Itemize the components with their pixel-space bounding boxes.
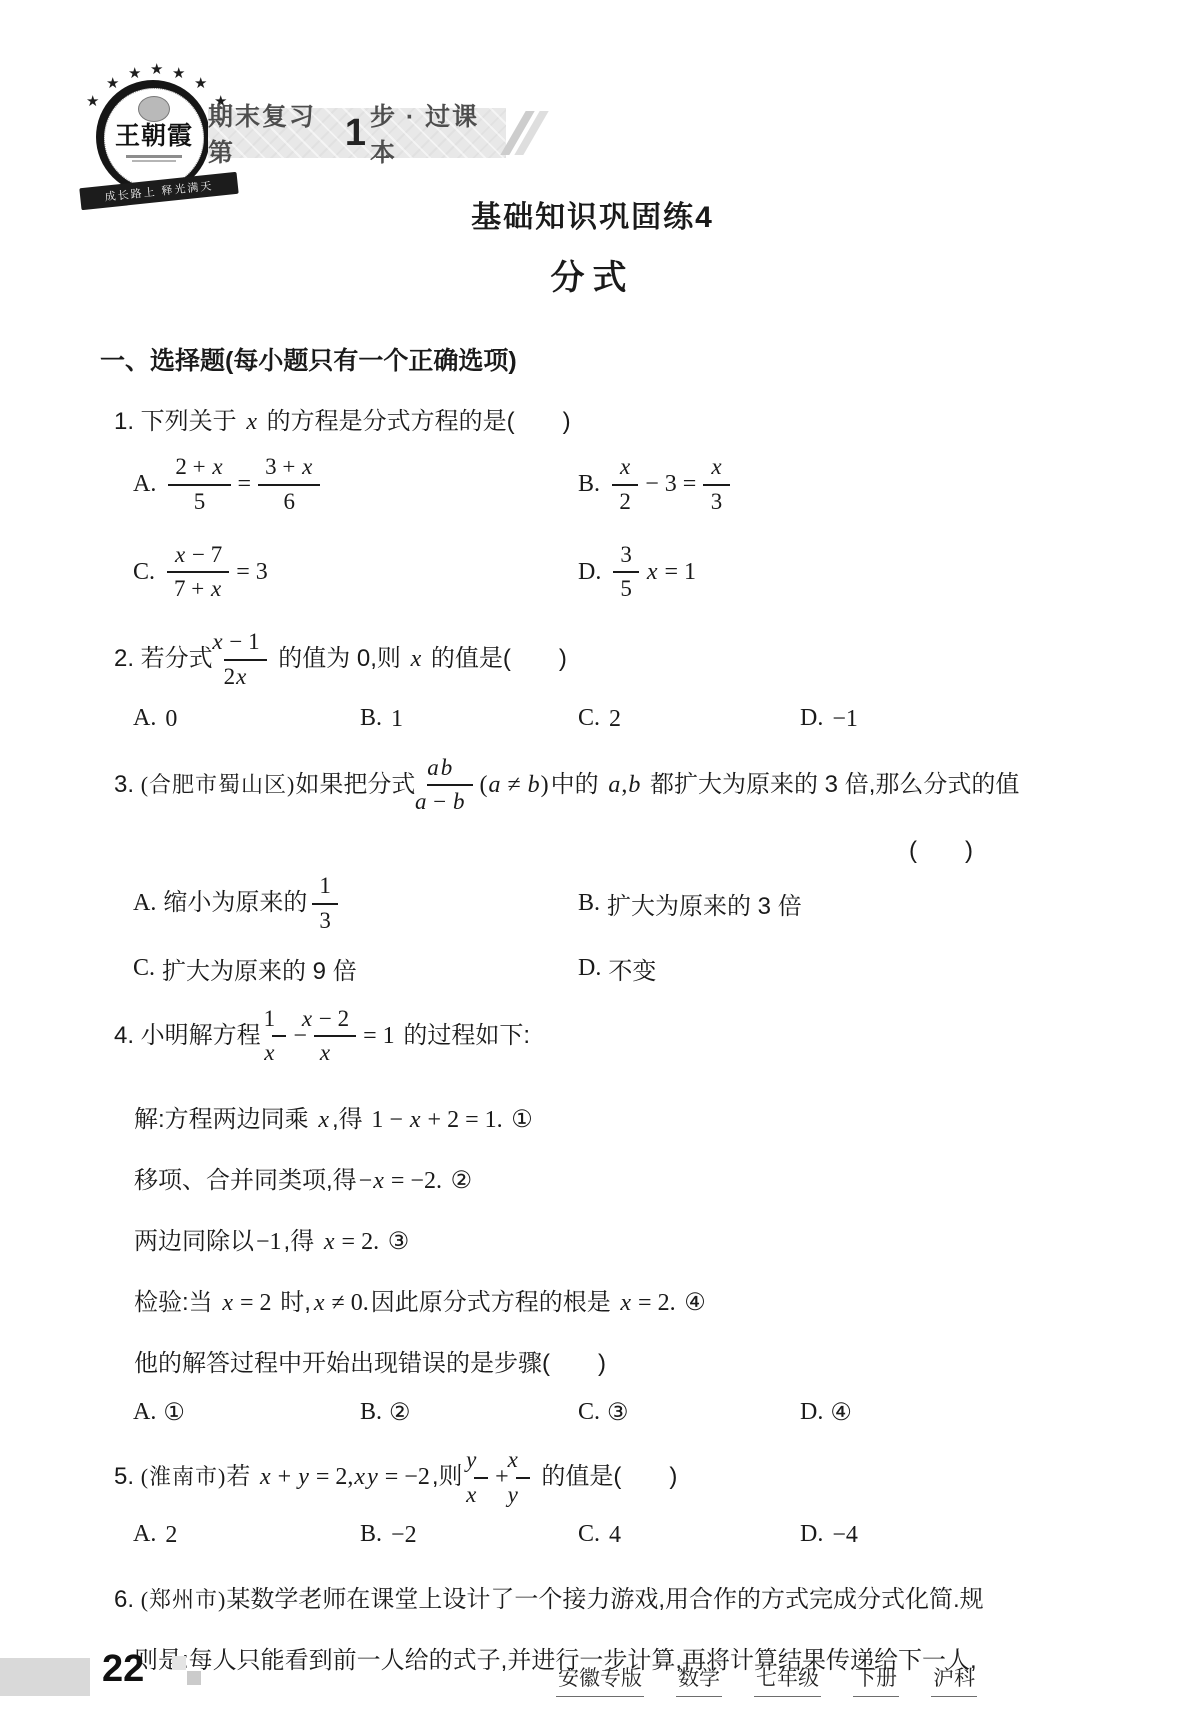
option-label: D.	[578, 559, 601, 586]
brand-name: 王朝霞	[105, 123, 203, 151]
answer-parentheses: ( )	[100, 830, 1085, 865]
footer-square-decor	[172, 1656, 186, 1670]
option-label: D.	[800, 1399, 823, 1426]
option-body: 1	[389, 705, 405, 733]
option-label: A.	[133, 471, 156, 498]
solution-step-1: 解:方程两边同乘 x,得 1 − x + 2 = 1. ①	[100, 1099, 1085, 1134]
question-prompt: 他的解答过程中开始出现错误的是步骤( )	[100, 1343, 1085, 1378]
option-d: D.−4	[800, 1521, 1085, 1549]
page-title: 基础知识巩固练4	[100, 192, 1085, 236]
option-label: B.	[578, 471, 600, 498]
page-content: 基础知识巩固练4 分式 一、选择题(每小题只有一个正确选项) 1. 下列关于 x…	[100, 192, 1085, 1675]
option-b: B.x2− 3 =x3	[578, 448, 1085, 522]
option-body: 0	[163, 705, 179, 733]
option-body: −4	[830, 1521, 860, 1549]
option-label: C.	[578, 1521, 600, 1548]
page-number: 22	[102, 1648, 144, 1691]
option-label: A.	[133, 705, 156, 732]
star-icon: ★	[194, 76, 207, 91]
option-b: B.−2	[360, 1521, 578, 1549]
option-body: ④	[830, 1398, 852, 1427]
option-d: D.35x = 1	[578, 536, 1085, 610]
option-body: ①	[163, 1398, 185, 1427]
option-label: C.	[133, 955, 155, 982]
star-icon: ★	[128, 66, 141, 81]
option-grid: A.缩小为原来的13 B.扩大为原来的 3 倍 C.扩大为原来的 9 倍 D.不…	[100, 867, 1085, 986]
option-d: D.不变	[578, 951, 1085, 986]
option-d: D.④	[800, 1398, 1085, 1427]
question-1: 1. 下列关于 x 的方程是分式方程的是( ) A.2 + x5=3 + x6 …	[100, 401, 1085, 609]
option-b: B.扩大为原来的 3 倍	[578, 886, 1085, 921]
option-body: 缩小为原来的13	[163, 867, 343, 941]
option-c: C.2	[578, 705, 800, 733]
option-grid: A.2 B.−2 C.4 D.−4	[100, 1521, 1085, 1549]
option-c: C.4	[578, 1521, 800, 1549]
option-a: A.2 + x5=3 + x6	[133, 448, 578, 522]
star-icon: ★	[172, 66, 185, 81]
logo-decor-line	[126, 155, 182, 158]
solution-step-3: 两边同除以−1,得 x = 2. ③	[100, 1221, 1085, 1256]
footer-square-decor	[187, 1671, 201, 1685]
option-label: D.	[578, 955, 601, 982]
question-stem: 5. (淮南市)若 x + y = 2,xy = −2,则 yx+xy 的值是(…	[100, 1441, 1085, 1515]
option-c: C.扩大为原来的 9 倍	[133, 951, 578, 986]
solution-step-4: 检验:当 x = 2 时,x ≠ 0.因此原分式方程的根是 x = 2. ④	[100, 1282, 1085, 1317]
option-label: B.	[578, 890, 600, 917]
option-label: C.	[133, 559, 155, 586]
option-label: B.	[360, 705, 382, 732]
option-body: 扩大为原来的 3 倍	[607, 886, 802, 921]
logo-decor-line	[132, 160, 176, 162]
option-label: A.	[133, 890, 156, 917]
option-label: A.	[133, 1521, 156, 1548]
question-3: 3. (合肥市蜀山区)如果把分式 aba − b(a ≠ b)中的 a,b 都扩…	[100, 749, 1085, 986]
option-body: 2	[163, 1521, 179, 1549]
question-stem: 2. 若分式 x − 12x 的值为 0,则 x 的值是( )	[100, 623, 1085, 697]
footer-publisher: 沪科	[931, 1662, 977, 1697]
banner-step-number: 1	[345, 114, 368, 152]
option-body: 不变	[608, 951, 656, 986]
footer-volume: 下册	[853, 1662, 899, 1697]
banner-text-before: 期末复习第	[208, 97, 343, 169]
star-icon: ★	[86, 94, 99, 109]
option-body: x − 77 + x= 3	[162, 536, 270, 610]
star-icon: ★	[150, 62, 163, 77]
page-subtitle: 分式	[100, 250, 1085, 299]
option-body: x2− 3 =x3	[607, 448, 735, 522]
option-label: D.	[800, 705, 823, 732]
option-body: −2	[389, 1521, 419, 1549]
series-banner: 期末复习第1步 · 过课本	[208, 108, 506, 158]
option-grid: A.0 B.1 C.2 D.−1	[100, 705, 1085, 733]
option-body: −1	[830, 705, 860, 733]
question-stem: 4. 小明解方程 1x−x − 2x= 1 的过程如下:	[100, 1000, 1085, 1074]
solution-step-2: 移项、合并同类项,得−x = −2. ②	[100, 1160, 1085, 1195]
option-a: A.缩小为原来的13	[133, 867, 578, 941]
option-label: B.	[360, 1399, 382, 1426]
option-a: A.2	[133, 1521, 360, 1549]
option-body: 35x = 1	[608, 536, 698, 610]
footer-subject: 数学	[676, 1662, 722, 1697]
footer-edition: 安徽专版	[556, 1662, 644, 1697]
question-stem: 1. 下列关于 x 的方程是分式方程的是( )	[100, 401, 1085, 436]
star-icon: ★	[106, 76, 119, 91]
option-label: A.	[133, 1399, 156, 1426]
option-a: A.0	[133, 705, 360, 733]
option-body: 4	[607, 1521, 623, 1549]
portrait-photo	[138, 96, 170, 122]
question-5: 5. (淮南市)若 x + y = 2,xy = −2,则 yx+xy 的值是(…	[100, 1441, 1085, 1549]
workbook-page: ★ ★ ★ ★ ★ ★ ★ 王朝霞 成长路上 释光满天 期末复习第1步 · 过课…	[0, 0, 1181, 1730]
question-stem: 6. (郑州市)某数学老师在课堂上设计了一个接力游戏,用合作的方式完成分式化简.…	[100, 1579, 1085, 1614]
option-body: 扩大为原来的 9 倍	[162, 951, 357, 986]
option-label: C.	[578, 1399, 600, 1426]
option-b: B.②	[360, 1398, 578, 1427]
option-grid: A.2 + x5=3 + x6 B.x2− 3 =x3 C.x − 77 + x…	[100, 448, 1085, 609]
footer-book-info: 安徽专版 数学 七年级 下册 沪科	[556, 1662, 977, 1697]
footer-grade: 七年级	[754, 1662, 821, 1697]
option-body: 2	[607, 705, 623, 733]
section-heading: 一、选择题(每小题只有一个正确选项)	[100, 341, 1085, 377]
question-2: 2. 若分式 x − 12x 的值为 0,则 x 的值是( ) A.0 B.1 …	[100, 623, 1085, 733]
page-footer: 22 安徽专版 数学 七年级 下册 沪科	[0, 1650, 1181, 1710]
footer-band-decor	[0, 1658, 90, 1696]
question-stem: 3. (合肥市蜀山区)如果把分式 aba − b(a ≠ b)中的 a,b 都扩…	[100, 749, 1085, 823]
option-c: C.③	[578, 1398, 800, 1427]
option-a: A.①	[133, 1398, 360, 1427]
logo-inner: 王朝霞	[104, 88, 204, 188]
option-label: B.	[360, 1521, 382, 1548]
option-grid: A.① B.② C.③ D.④	[100, 1398, 1085, 1427]
option-body: ③	[607, 1398, 629, 1427]
question-4: 4. 小明解方程 1x−x − 2x= 1 的过程如下: 解:方程两边同乘 x,…	[100, 1000, 1085, 1428]
banner-text-after: 步 · 过课本	[370, 97, 506, 169]
option-d: D.−1	[800, 705, 1085, 733]
option-label: C.	[578, 705, 600, 732]
option-c: C.x − 77 + x= 3	[133, 536, 578, 610]
option-b: B.1	[360, 705, 578, 733]
option-body: ②	[389, 1398, 411, 1427]
option-body: 2 + x5=3 + x6	[163, 448, 325, 522]
option-label: D.	[800, 1521, 823, 1548]
